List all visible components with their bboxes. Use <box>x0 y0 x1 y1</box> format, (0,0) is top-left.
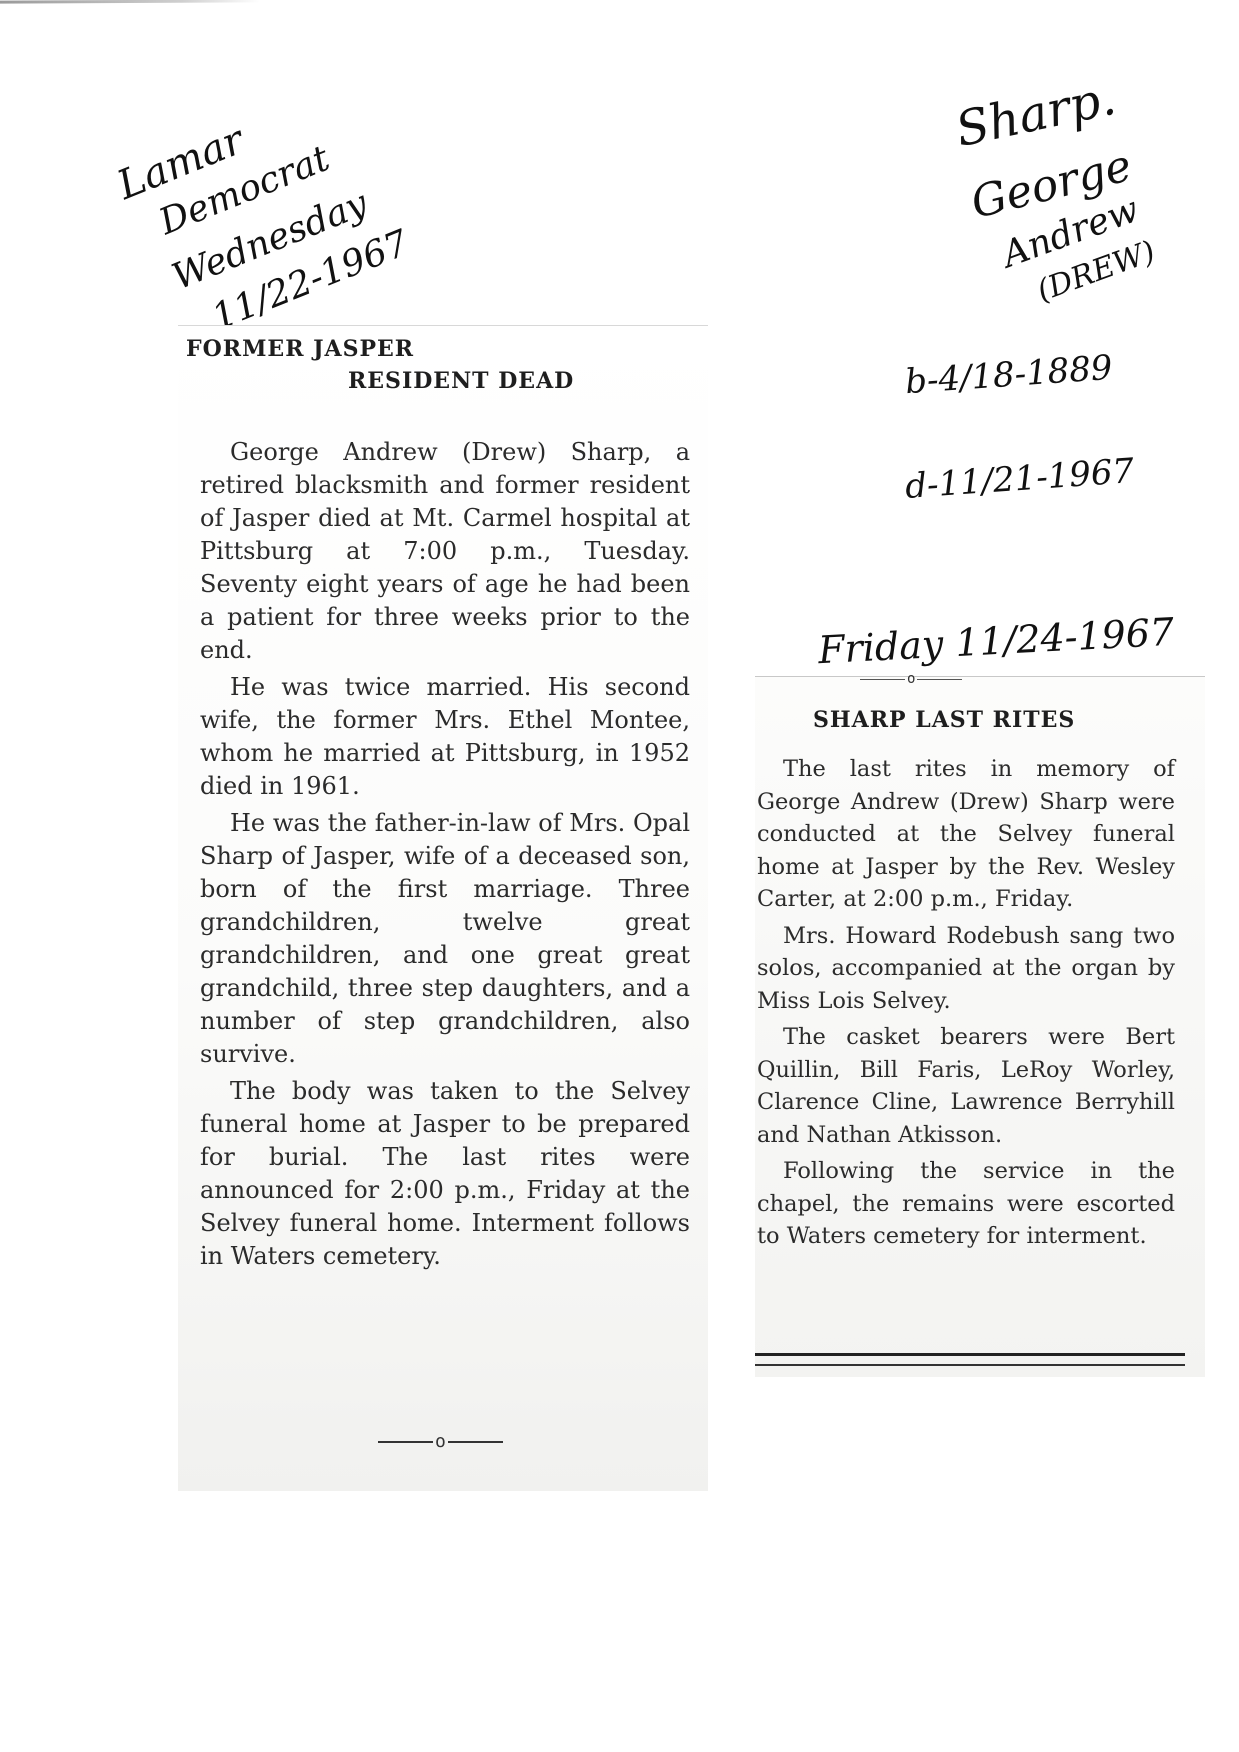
paragraph: The casket bearers were Bert Quillin, Bi… <box>757 1021 1175 1151</box>
handwritten-birth-date: b-4/18-1889 <box>904 351 1113 399</box>
paragraph: Following the service in the chapel, the… <box>757 1155 1175 1253</box>
handwritten-death-date: d-11/21-1967 <box>904 454 1135 504</box>
obituary-clipping: FORMER JASPER RESIDENT DEAD George Andre… <box>178 325 708 1491</box>
paragraph: The body was taken to the Selvey funeral… <box>200 1075 690 1273</box>
separator-line <box>917 679 962 680</box>
last-rites-clipping: o SHARP LAST RITES The last rites in mem… <box>755 676 1205 1377</box>
paragraph: He was the father-in-law of Mrs. Opal Sh… <box>200 807 690 1071</box>
handwritten-service-date: Friday 11/24-1967 <box>817 613 1175 670</box>
paragraph: George Andrew (Drew) Sharp, a retired bl… <box>200 436 690 667</box>
paragraph: The last rites in memory of George Andre… <box>757 753 1175 916</box>
headline: SHARP LAST RITES <box>813 707 1075 733</box>
headline-line-1: FORMER JASPER <box>186 336 414 362</box>
scan-edge-shadow <box>0 0 260 4</box>
handwritten-line: Sharp. <box>952 74 1120 154</box>
paragraph: He was twice married. His second wife, t… <box>200 671 690 803</box>
end-separator: o <box>378 1431 503 1452</box>
article-body: George Andrew (Drew) Sharp, a retired bl… <box>200 436 690 1273</box>
headline-line-2: RESIDENT DEAD <box>348 368 574 394</box>
handwritten-name-note: Sharp. George Andrew (DREW) <box>945 55 1205 295</box>
separator-line <box>860 679 905 680</box>
article-body: The last rites in memory of George Andre… <box>757 753 1175 1253</box>
top-separator: o <box>860 671 962 687</box>
handwritten-source-note: Lamar Democrat Wednesday 11/22-1967 <box>115 95 415 275</box>
separator-mark: o <box>435 1431 446 1452</box>
separator-line <box>448 1441 503 1443</box>
separator-line <box>378 1441 433 1443</box>
paragraph: Mrs. Howard Rodebush sang two solos, acc… <box>757 920 1175 1018</box>
separator-mark: o <box>907 671 915 687</box>
end-double-rule <box>755 1353 1185 1366</box>
